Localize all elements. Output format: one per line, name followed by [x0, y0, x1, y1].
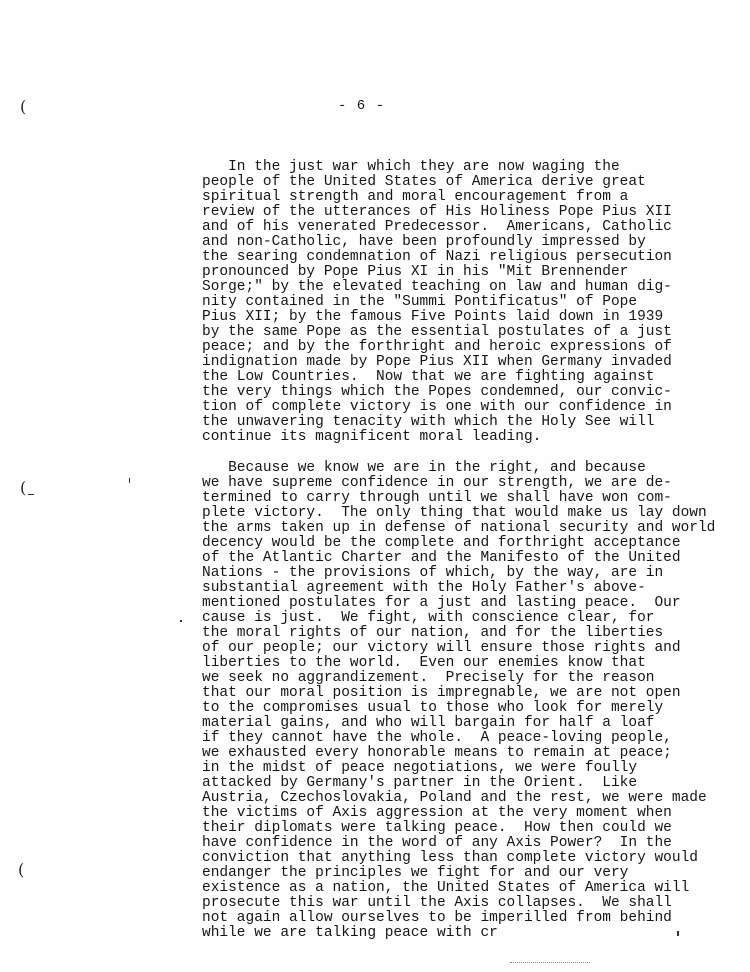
text-line: spiritual strength and moral encourageme… — [202, 190, 672, 205]
text-line: conviction that anything less than compl… — [202, 851, 715, 866]
text-line: endanger the principles we fight for and… — [202, 866, 715, 881]
paragraph-1: In the just war which they are now wagin… — [202, 160, 672, 445]
text-line: and of his venerated Predecessor. Americ… — [202, 220, 672, 235]
text-line: pronounced by Pope Pius XI in his "Mit B… — [202, 265, 672, 280]
text-line: termined to carry through until we shall… — [202, 491, 715, 506]
text-line: Austria, Czechoslovakia, Poland and the … — [202, 791, 715, 806]
text-line: if they cannot have the whole. A peace-l… — [202, 731, 715, 746]
text-line: have confidence in the word of any Axis … — [202, 836, 715, 851]
margin-speck — [180, 620, 182, 622]
text-line: that our moral position is impregnable, … — [202, 686, 715, 701]
text-line: mentioned postulates for a just and last… — [202, 596, 715, 611]
text-line: in the midst of peace negotiations, we w… — [202, 761, 715, 776]
text-line: material gains, and who will bargain for… — [202, 716, 715, 731]
text-line: the unwavering tenacity with which the H… — [202, 415, 672, 430]
text-line: of the Atlantic Charter and the Manifest… — [202, 551, 715, 566]
text-line: of our people; our victory will ensure t… — [202, 641, 715, 656]
text-line: liberties to the world. Even our enemies… — [202, 656, 715, 671]
text-line: we have supreme confidence in our streng… — [202, 476, 715, 491]
margin-mark: ( — [18, 862, 24, 878]
text-line: indignation made by Pope Pius XII when G… — [202, 355, 672, 370]
text-line: prosecute this war until the Axis collap… — [202, 896, 715, 911]
text-line: by the same Pope as the essential postul… — [202, 325, 672, 340]
text-line: continue its magnificent moral leading. — [202, 430, 672, 445]
text-line: the searing condemnation of Nazi religio… — [202, 250, 672, 265]
text-line: existence as a nation, the United States… — [202, 881, 715, 896]
document-page: - 6 - ( ( ( In the just war which they a… — [0, 0, 750, 972]
text-line: cause is just. We fight, with conscience… — [202, 611, 715, 626]
margin-mark: ( — [20, 99, 26, 115]
text-line: to the compromises usual to those who lo… — [202, 701, 715, 716]
text-line: plete victory. The only thing that would… — [202, 506, 715, 521]
margin-mark: ( — [20, 480, 26, 496]
text-line: peace; and by the forthright and heroic … — [202, 340, 672, 355]
text-line: their diplomats were talking peace. How … — [202, 821, 715, 836]
text-line: decency would be the complete and forthr… — [202, 536, 715, 551]
text-line: attacked by Germany's partner in the Ori… — [202, 776, 715, 791]
text-line: nity contained in the "Summi Pontificatu… — [202, 295, 672, 310]
text-line: not again allow ourselves to be imperill… — [202, 911, 715, 926]
text-line: people of the United States of America d… — [202, 175, 672, 190]
bottom-smudge — [510, 962, 590, 967]
page-number: - 6 - — [338, 98, 385, 114]
text-line: review of the utterances of His Holiness… — [202, 205, 672, 220]
paragraph-2: Because we know we are in the right, and… — [202, 461, 715, 941]
text-line: we exhausted every honorable means to re… — [202, 746, 715, 761]
margin-speck — [28, 494, 34, 495]
text-line: Pius XII; by the famous Five Points laid… — [202, 310, 672, 325]
text-line: the moral rights of our nation, and for … — [202, 626, 715, 641]
text-line: the very things which the Popes condemne… — [202, 385, 672, 400]
text-line: Nations - the provisions of which, by th… — [202, 566, 715, 581]
text-line: In the just war which they are now wagin… — [202, 160, 672, 175]
text-line: while we are talking peace with cr — [202, 926, 715, 941]
text-line: substantial agreement with the Holy Fath… — [202, 581, 715, 596]
text-line: tion of complete victory is one with our… — [202, 400, 672, 415]
text-line: the victims of Axis aggression at the ve… — [202, 806, 715, 821]
text-line: and non-Catholic, have been profoundly i… — [202, 235, 672, 250]
text-line: the arms taken up in defense of national… — [202, 521, 715, 536]
text-line: we seek no aggrandizement. Precisely for… — [202, 671, 715, 686]
text-line: Because we know we are in the right, and… — [202, 461, 715, 476]
margin-speck — [129, 478, 130, 483]
text-line: the Low Countries. Now that we are fight… — [202, 370, 672, 385]
text-line: Sorge;" by the elevated teaching on law … — [202, 280, 672, 295]
